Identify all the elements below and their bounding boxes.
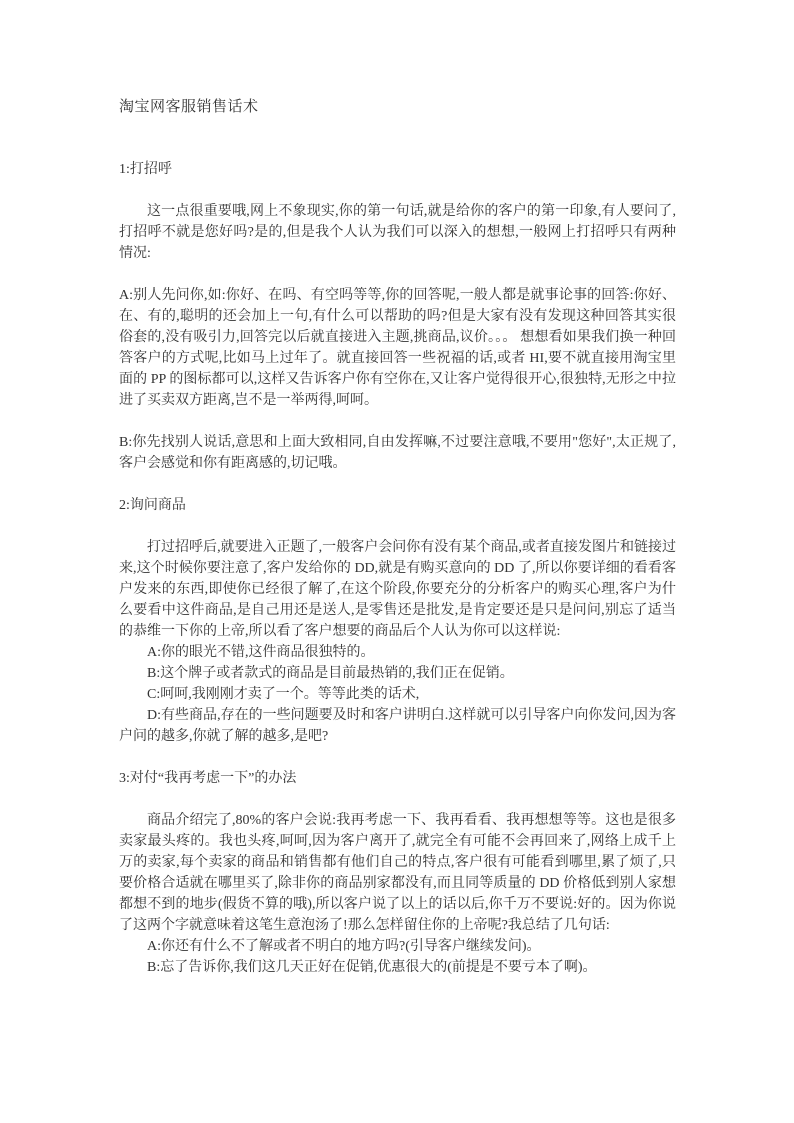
section-1-paragraph-intro: 这一点很重要哦,网上不象现实,你的第一句话,就是给你的客户的第一印象,有人要问了… bbox=[119, 201, 676, 264]
section-2-paragraph-intro: 打过招呼后,就要进入正题了,一般客户会问你有没有某个商品,或者直接发图片和链接过… bbox=[119, 537, 676, 642]
section-2-heading: 2:询问商品 bbox=[119, 495, 676, 516]
section-1-heading: 1:打招呼 bbox=[119, 159, 676, 180]
section-2-item-c: C:呵呵,我刚刚才卖了一个。等等此类的话术, bbox=[119, 684, 676, 705]
section-2-item-b: B:这个牌子或者款式的商品是目前最热销的,我们正在促销。 bbox=[119, 663, 676, 684]
document-title: 淘宝网客服销售话术 bbox=[119, 97, 676, 118]
section-3-item-b: B:忘了告诉你,我们这几天正好在促销,优惠很大的(前提是不要亏本了啊)。 bbox=[119, 957, 676, 978]
section-1-paragraph-b: B:你先找别人说话,意思和上面大致相同,自由发挥嘛,不过要注意哦,不要用"您好"… bbox=[119, 432, 676, 474]
section-3-paragraph-intro: 商品介绍完了,80%的客户会说:我再考虑一下、我再看看、我再想想等等。这也是很多… bbox=[119, 810, 676, 936]
section-3-heading: 3:对付“我再考虑一下”的办法 bbox=[119, 768, 676, 789]
document-page: 淘宝网客服销售话术 1:打招呼 这一点很重要哦,网上不象现实,你的第一句话,就是… bbox=[0, 0, 794, 1123]
section-3-item-a: A:你还有什么不了解或者不明白的地方吗?(引导客户继续发问)。 bbox=[119, 936, 676, 957]
section-2-item-d: D:有些商品,存在的一些问题要及时和客户讲明白.这样就可以引导客户向你发问,因为… bbox=[119, 705, 676, 747]
section-1-paragraph-a: A:别人先问你,如:你好、在吗、有空吗等等,你的回答呢,一般人都是就事论事的回答… bbox=[119, 285, 676, 411]
section-2-item-a: A:你的眼光不错,这件商品很独特的。 bbox=[119, 642, 676, 663]
